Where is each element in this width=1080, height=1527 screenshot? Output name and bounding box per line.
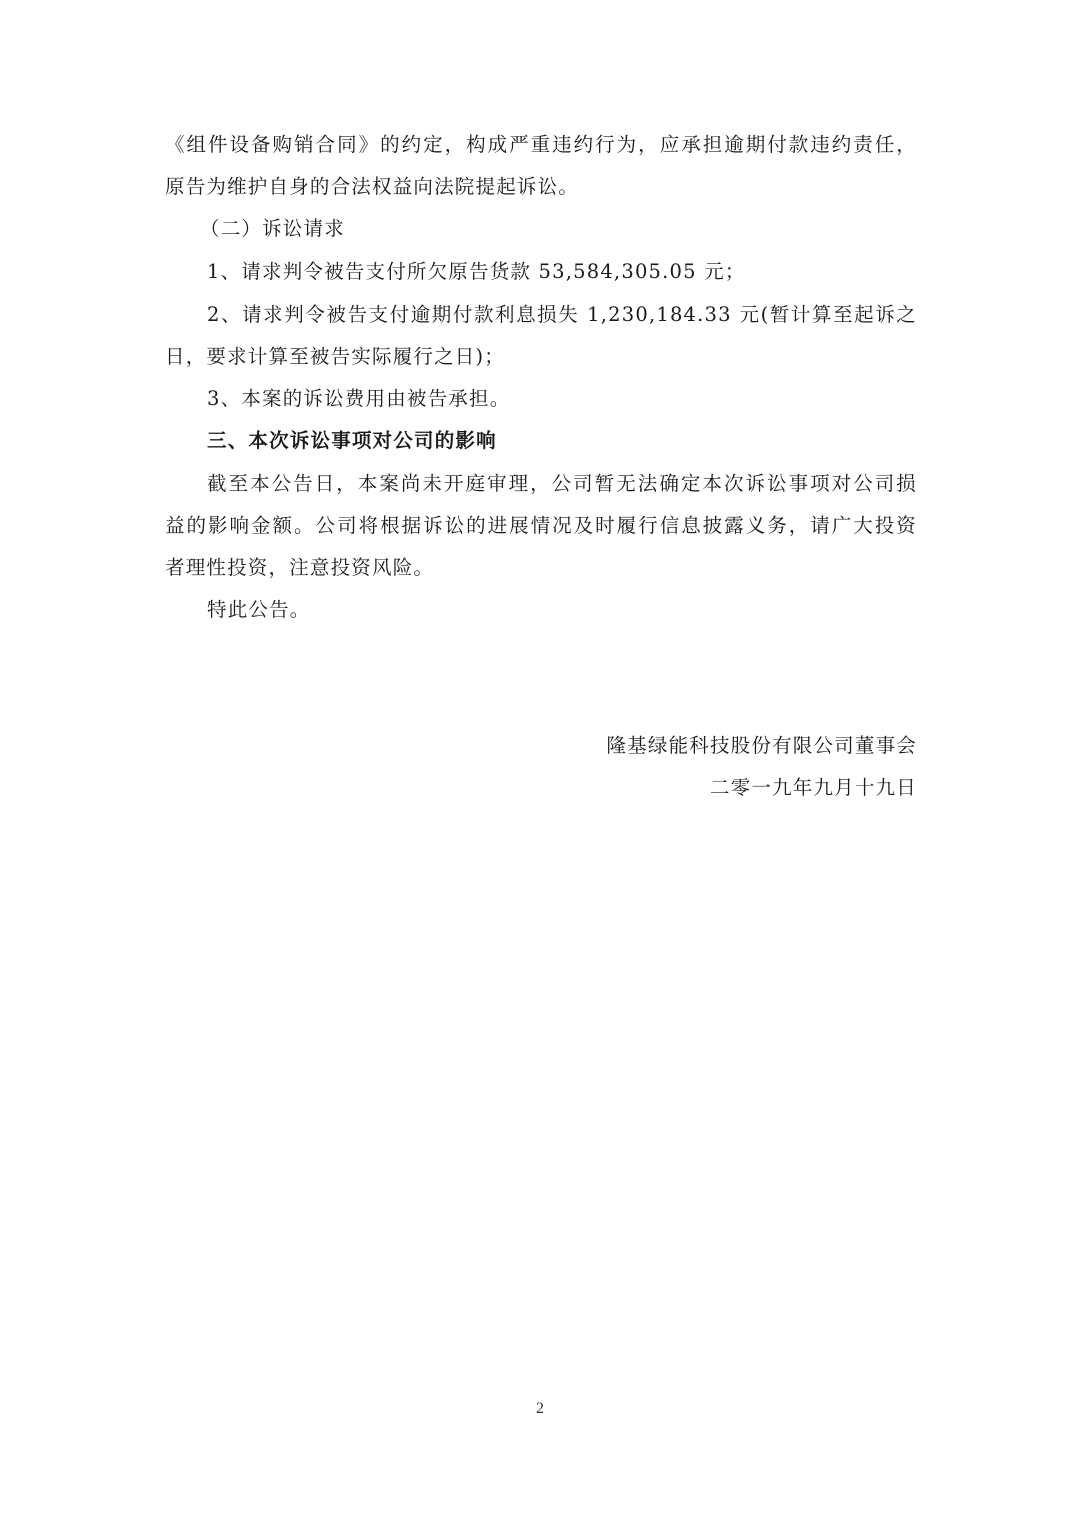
claim-1-line-1: 1、请求判令被告支付所欠原告货款 53,584,305.05 元； bbox=[207, 260, 746, 284]
impact-paragraph-line-2: 益的影响金额。公司将根据诉讼的进展情况及时履行信息披露义务，请广大投资 bbox=[165, 514, 917, 538]
paragraph-1-line-2: 原告为维护自身的合法权益向法院提起诉讼。 bbox=[165, 175, 579, 199]
section-3-heading: 三、本次诉讼事项对公司的影响 bbox=[207, 429, 497, 453]
impact-paragraph-line-1: 截至本公告日，本案尚未开庭审理，公司暂无法确定本次诉讼事项对公司损 bbox=[207, 472, 917, 496]
claim-2-line-1: 2、请求判令被告支付逾期付款利息损失 1,230,184.33 元(暂计算至起诉… bbox=[207, 303, 917, 327]
paragraph-1-line-1: 《组件设备购销合同》的约定，构成严重违约行为，应承担逾期付款违约责任， bbox=[165, 133, 917, 157]
page-number: 2 bbox=[0, 1400, 1080, 1418]
document-page: 《组件设备购销合同》的约定，构成严重违约行为，应承担逾期付款违约责任， 原告为维… bbox=[0, 0, 1080, 1527]
claim-2-line-2: 日，要求计算至被告实际履行之日)； bbox=[165, 345, 505, 369]
closing-text: 特此公告。 bbox=[207, 598, 311, 622]
signature-date: 二零一九年九月十九日 bbox=[710, 776, 917, 800]
impact-paragraph-line-3: 者理性投资，注意投资风险。 bbox=[165, 556, 434, 580]
claim-3-line-1: 3、本案的诉讼费用由被告承担。 bbox=[207, 387, 510, 411]
section-2-heading: （二）诉讼请求 bbox=[200, 217, 345, 241]
signature-company: 隆基绿能科技股份有限公司董事会 bbox=[606, 734, 917, 758]
